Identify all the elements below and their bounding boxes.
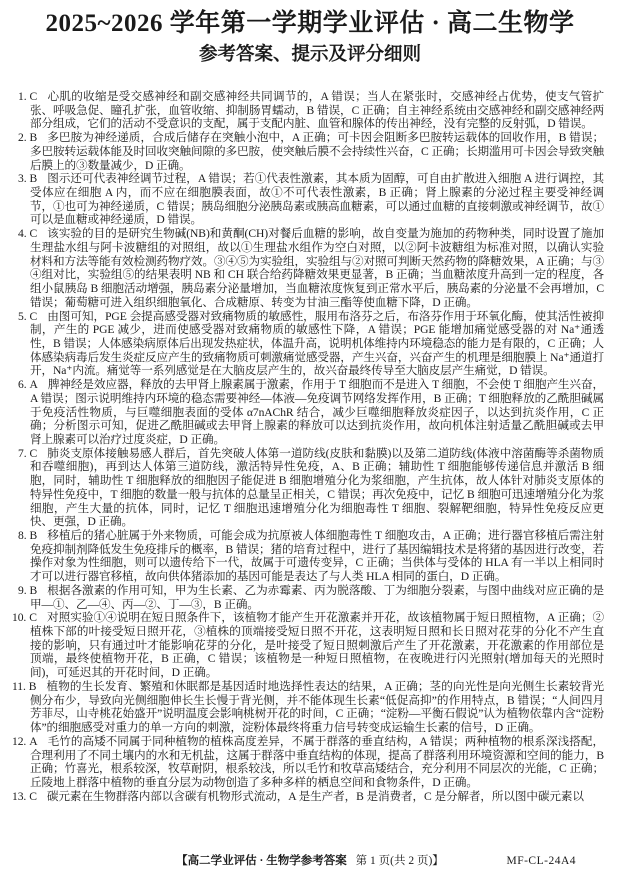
answer-letter: C bbox=[29, 790, 37, 803]
answer-item: 11.B植物的生长发育、繁殖和休眠都是基因适时地选择性表达的结果，A 正确；茎的… bbox=[12, 680, 604, 735]
answer-number: 13. bbox=[12, 790, 26, 803]
answer-number: 10. bbox=[12, 611, 26, 624]
answer-letter: A bbox=[29, 735, 37, 748]
footer-page-number: 第 1 页(共 2 页)】 bbox=[356, 855, 444, 867]
page-subtitle: 参考答案、提示及评分细则 bbox=[0, 42, 620, 66]
answer-item: 7.C肺炎支原体接触易感人群后，首先突破人体第一道防线(皮肤和黏膜)以及第二道防… bbox=[12, 447, 604, 529]
answer-letter: B bbox=[30, 131, 38, 144]
answer-explanation: 毛竹的高矮不同属于同种植物的植株高度差异，不属于群落的垂直结构，A 错误；两种植… bbox=[30, 735, 604, 789]
answer-letter: B bbox=[30, 584, 38, 597]
answer-number: 9. bbox=[18, 584, 27, 597]
answer-number: 3. bbox=[18, 172, 27, 185]
answer-explanation: 脾神经是效应器，释放的去甲肾上腺素属于激素，作用于 T 细胞而不是进入 T 细胞… bbox=[30, 378, 604, 446]
answer-item: 8.B移植后的猪心脏属于外来物质，可能会成为抗原被人体细胞毒性 T 细胞攻击，A… bbox=[12, 529, 604, 584]
answer-number: 4. bbox=[18, 227, 27, 240]
answer-item: 12.A毛竹的高矮不同属于同种植物的植株高度差异，不属于群落的垂直结构，A 错误… bbox=[12, 735, 604, 790]
answer-explanation: 该实验的目的是研究生物碱(NB)和黄酮(CH)对餐后血糖的影响，故自变量为施加的… bbox=[30, 227, 604, 309]
paper-code: MF-CL-24A4 bbox=[506, 854, 576, 868]
answer-explanation: 根据各激素的作用可知，甲为生长素、乙为赤霉素、丙为脱落酸、丁为细胞分裂素，与图中… bbox=[30, 584, 604, 611]
answer-explanation: 对照实验①④说明在短日照条件下，该植物才能产生开花激素并开花，故该植物属于短日照… bbox=[30, 611, 604, 679]
answer-letter: C bbox=[30, 227, 38, 240]
answer-explanation: 心肌的收缩是受交感神经和副交感神经共同调节的，A 错误；当人在紧张时，交感神经占… bbox=[30, 90, 604, 130]
answer-number: 11. bbox=[12, 680, 26, 693]
answer-number: 8. bbox=[18, 529, 27, 542]
answer-item: 9.B根据各激素的作用可知，甲为生长素、乙为赤霉素、丙为脱落酸、丁为细胞分裂素，… bbox=[12, 584, 604, 611]
answer-number: 7. bbox=[18, 447, 27, 460]
answer-letter: C bbox=[29, 611, 37, 624]
answer-number: 2. bbox=[18, 131, 27, 144]
answer-item: 13.C碳元素在生物群落内部以含碳有机物形式流动，A 是生产者，B 是消费者，C… bbox=[12, 790, 604, 804]
answer-item: 10.C对照实验①④说明在短日照条件下，该植物才能产生开花激素并开花，故该植物属… bbox=[12, 611, 604, 680]
answer-letter: A bbox=[30, 378, 38, 391]
answer-letter: B bbox=[30, 529, 38, 542]
answer-item: 6.A脾神经是效应器，释放的去甲肾上腺素属于激素，作用于 T 细胞而不是进入 T… bbox=[12, 378, 604, 447]
answer-number: 1. bbox=[18, 90, 27, 103]
answer-explanation: 肺炎支原体接触易感人群后，首先突破人体第一道防线(皮肤和黏膜)以及第二道防线(体… bbox=[30, 447, 604, 529]
answer-item: 5.C由图可知，PGE 会提高感受器对致痛物质的敏感性，服用布洛芬之后，布洛芬作… bbox=[12, 310, 604, 379]
footer-caption-title: 【高二学业评估 · 生物学参考答案 bbox=[176, 855, 347, 867]
answer-explanation: 植物的生长发育、繁殖和休眠都是基因适时地选择性表达的结果，A 正确；茎的向光性是… bbox=[30, 680, 604, 734]
page-title: 2025~2026 学年第一学期学业评估 · 高二生物学 bbox=[0, 9, 620, 39]
answer-explanation: 多巴胺为神经递质，合成后储存在突触小泡中，A 正确；可卡因会阻断多巴胺转运载体的… bbox=[30, 131, 604, 171]
answer-key-page: 2025~2026 学年第一学期学业评估 · 高二生物学 参考答案、提示及评分细… bbox=[0, 0, 620, 881]
answer-letter: C bbox=[30, 447, 38, 460]
answer-letter: C bbox=[30, 310, 38, 323]
answer-explanation: 碳元素在生物群落内部以含碳有机物形式流动，A 是生产者，B 是消费者，C 是分解… bbox=[47, 790, 584, 803]
answer-explanation: 移植后的猪心脏属于外来物质，可能会成为抗原被人体细胞毒性 T 细胞攻击，A 正确… bbox=[30, 529, 604, 583]
answer-explanation: 图示还可代表神经调节过程，A 错误；若①代表性激素，其本质为固醇，可自由扩散进入… bbox=[30, 172, 604, 226]
answer-number: 5. bbox=[18, 310, 27, 323]
answer-explanation: 由图可知，PGE 会提高感受器对致痛物质的敏感性，服用布洛芬之后，布洛芬作用于环… bbox=[30, 310, 604, 378]
answers-list: 1.C心肌的收缩是受交感神经和副交感神经共同调节的，A 错误；当人在紧张时，交感… bbox=[12, 90, 604, 803]
answer-letter: B bbox=[29, 680, 37, 693]
answer-item: 4.C该实验的目的是研究生物碱(NB)和黄酮(CH)对餐后血糖的影响，故自变量为… bbox=[12, 227, 604, 309]
answer-number: 12. bbox=[12, 735, 26, 748]
answer-letter: C bbox=[30, 90, 38, 103]
answer-item: 3.B图示还可代表神经调节过程，A 错误；若①代表性激素，其本质为固醇，可自由扩… bbox=[12, 172, 604, 227]
answer-letter: B bbox=[30, 172, 38, 185]
answer-number: 6. bbox=[18, 378, 27, 391]
answer-item: 1.C心肌的收缩是受交感神经和副交感神经共同调节的，A 错误；当人在紧张时，交感… bbox=[12, 90, 604, 131]
answer-item: 2.B多巴胺为神经递质，合成后储存在突触小泡中，A 正确；可卡因会阻断多巴胺转运… bbox=[12, 131, 604, 172]
